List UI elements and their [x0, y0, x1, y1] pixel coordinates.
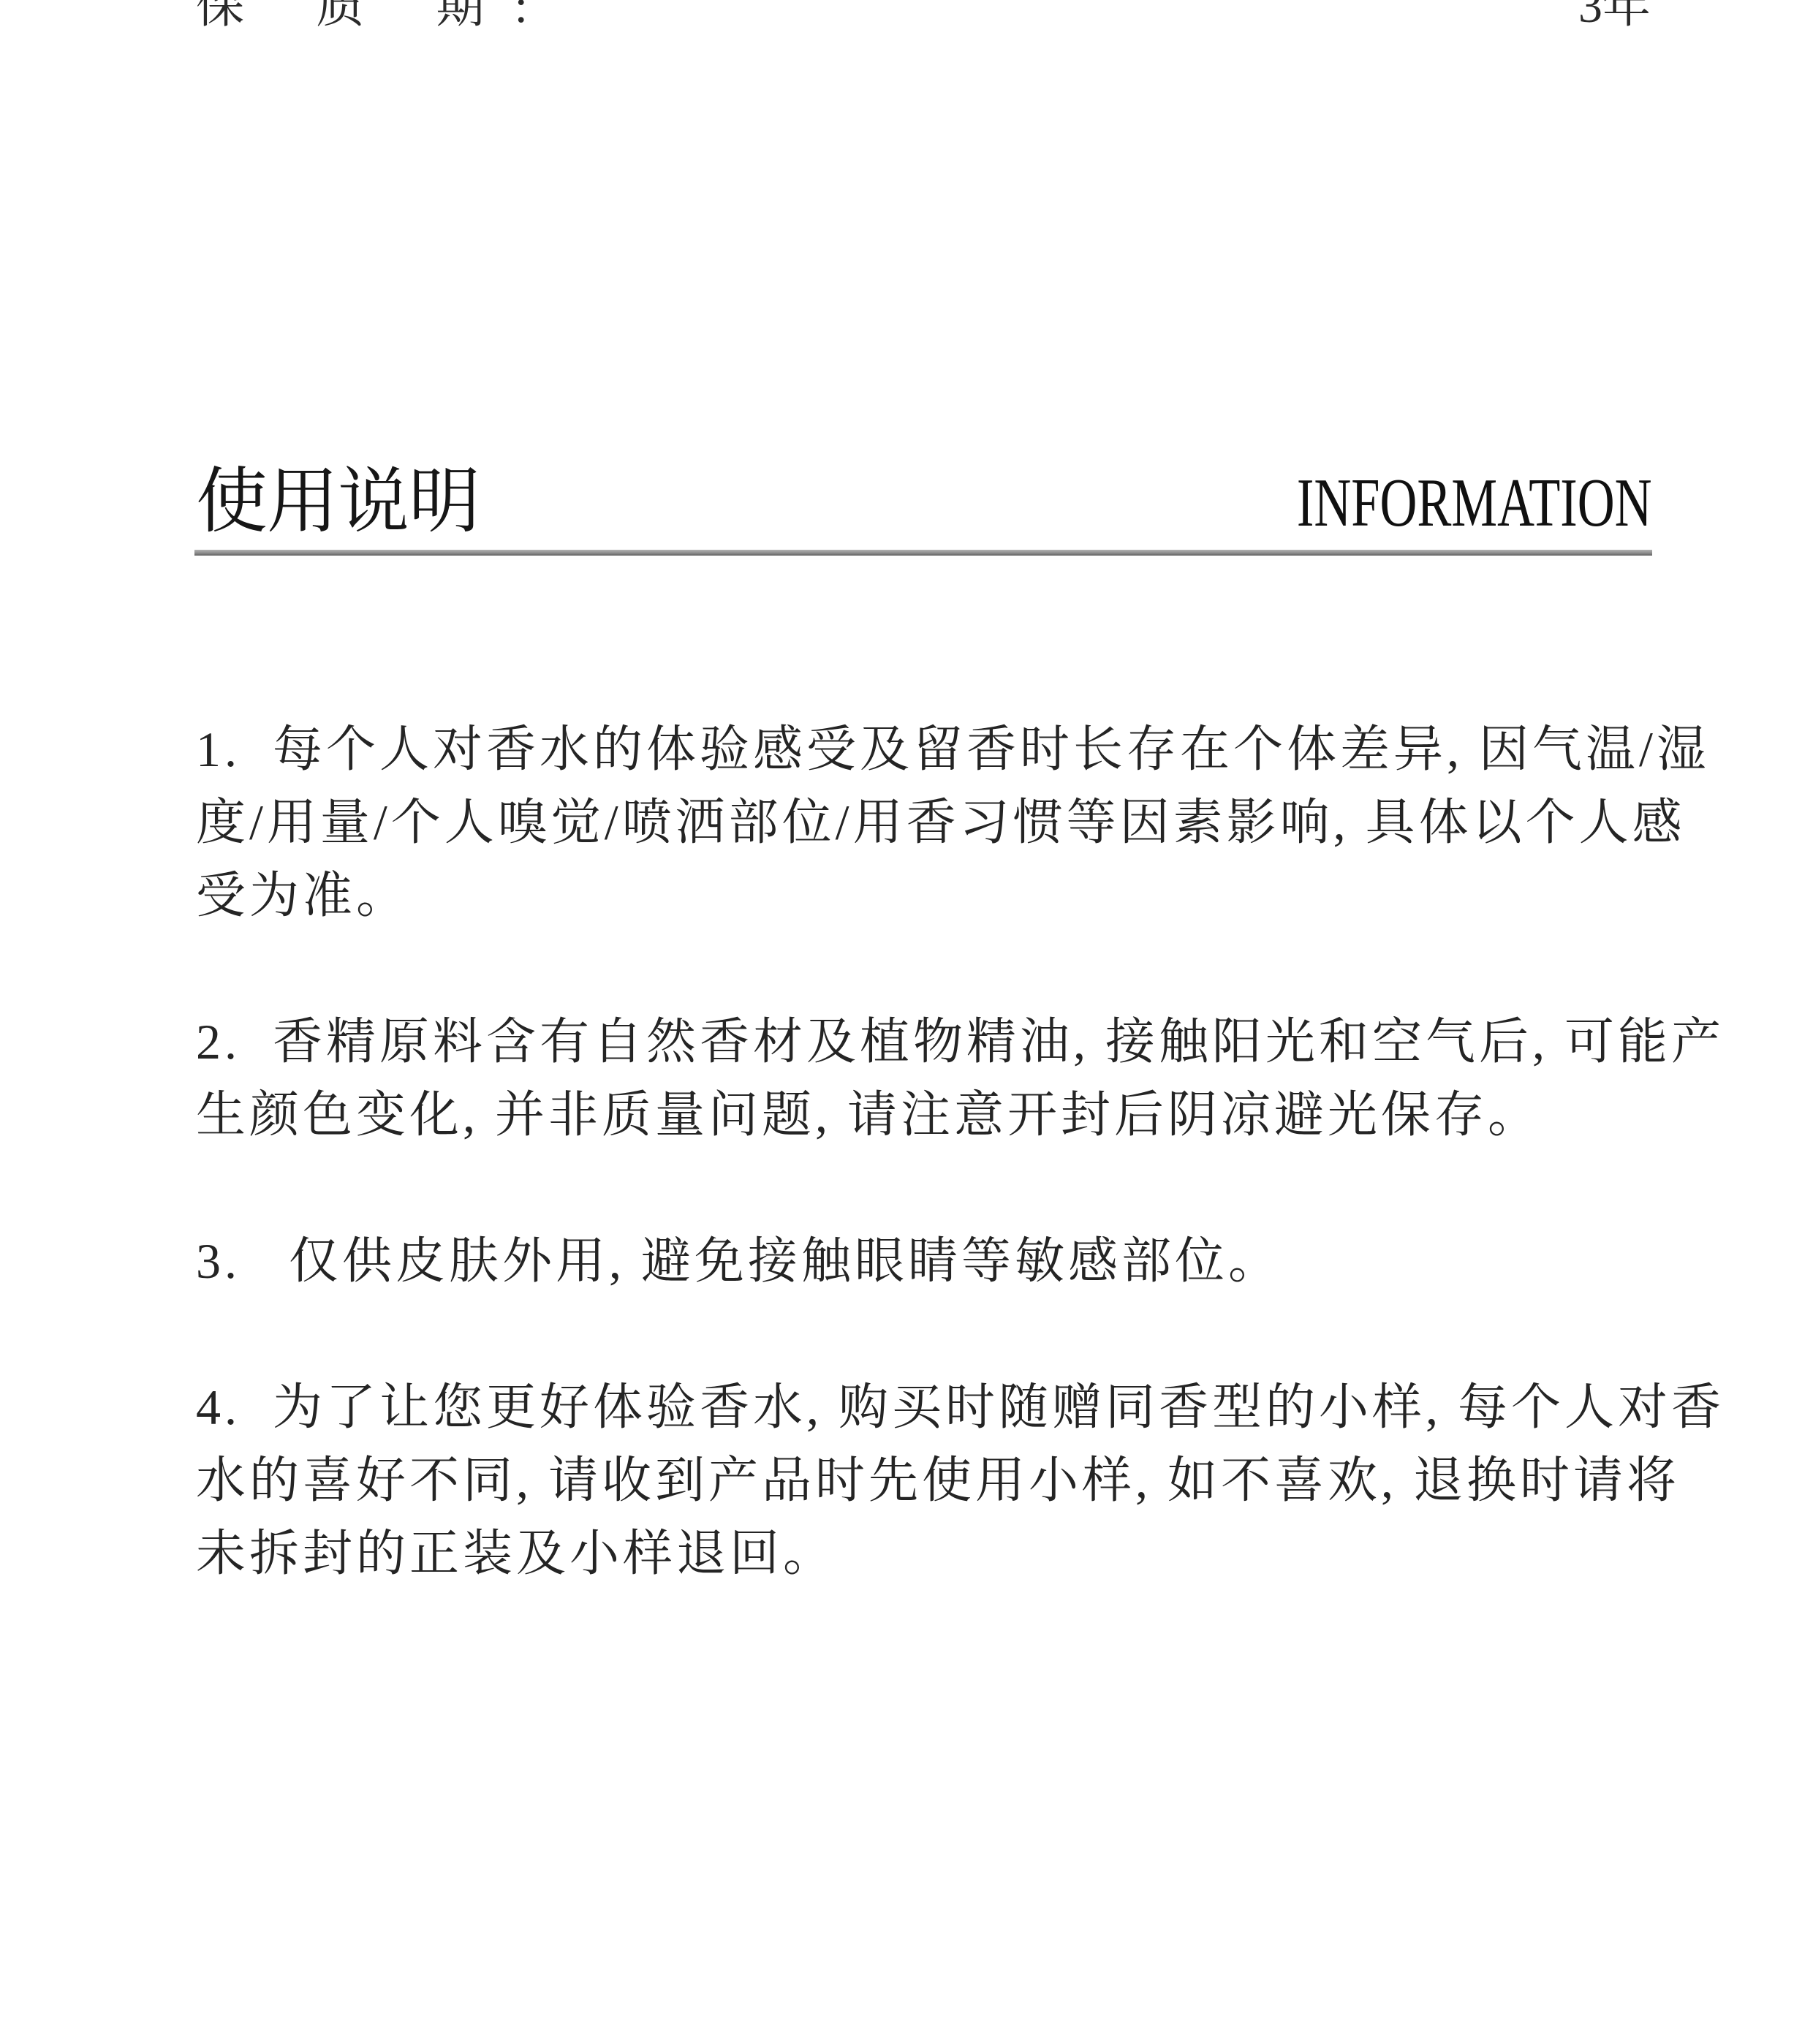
shelf-life-label: 保 质 期: — [196, 0, 558, 31]
instruction-line: 3. 仅供皮肤外用, 避免接触眼睛等敏感部位。 — [196, 1224, 1667, 1298]
instruction-line: 水的喜好不同, 请收到产品时先使用小样, 如不喜欢, 退换时请将 — [196, 1444, 1667, 1517]
product-detail-page: 保 质 期: 3年 使用说明 INFORMATION 1. 每个人对香水的体验感… — [0, 0, 1813, 2044]
instruction-line: 1. 每个人对香水的体验感受及留香时长存在个体差异, 因气温/湿 — [196, 713, 1667, 786]
instruction-paragraph: 1. 每个人对香水的体验感受及留香时长存在个体差异, 因气温/湿度/用量/个人嗅… — [196, 713, 1667, 932]
instruction-line: 2. 香精原料含有自然香材及植物精油, 接触阳光和空气后, 可能产 — [196, 1005, 1667, 1078]
instruction-line: 生颜色变化, 并非质量问题, 请注意开封后阴凉避光保存。 — [196, 1078, 1667, 1151]
instruction-line: 未拆封的正装及小样退回。 — [196, 1517, 1667, 1590]
spec-row-shelf-life: 保 质 期: 3年 — [196, 0, 1651, 31]
instruction-line: 度/用量/个人嗅觉/喷洒部位/用香习惯等因素影响, 具体以个人感 — [196, 786, 1667, 859]
section-title-zh: 使用说明 — [196, 466, 480, 538]
section-title-en: INFORMATION — [1297, 469, 1652, 537]
shelf-life-value: 3年 — [1578, 0, 1651, 31]
instruction-line: 受为准。 — [196, 859, 1667, 932]
instruction-line: 4. 为了让您更好体验香水, 购买时随赠同香型的小样, 每个人对香 — [196, 1371, 1667, 1444]
instruction-paragraph: 4. 为了让您更好体验香水, 购买时随赠同香型的小样, 每个人对香水的喜好不同,… — [196, 1371, 1667, 1590]
section-header: 使用说明 INFORMATION — [196, 466, 1652, 538]
instruction-paragraph: 3. 仅供皮肤外用, 避免接触眼睛等敏感部位。 — [196, 1224, 1667, 1298]
instruction-paragraph: 2. 香精原料含有自然香材及植物精油, 接触阳光和空气后, 可能产生颜色变化, … — [196, 1005, 1667, 1151]
instructions-list: 1. 每个人对香水的体验感受及留香时长存在个体差异, 因气温/湿度/用量/个人嗅… — [196, 713, 1667, 1663]
header-divider — [194, 550, 1652, 556]
